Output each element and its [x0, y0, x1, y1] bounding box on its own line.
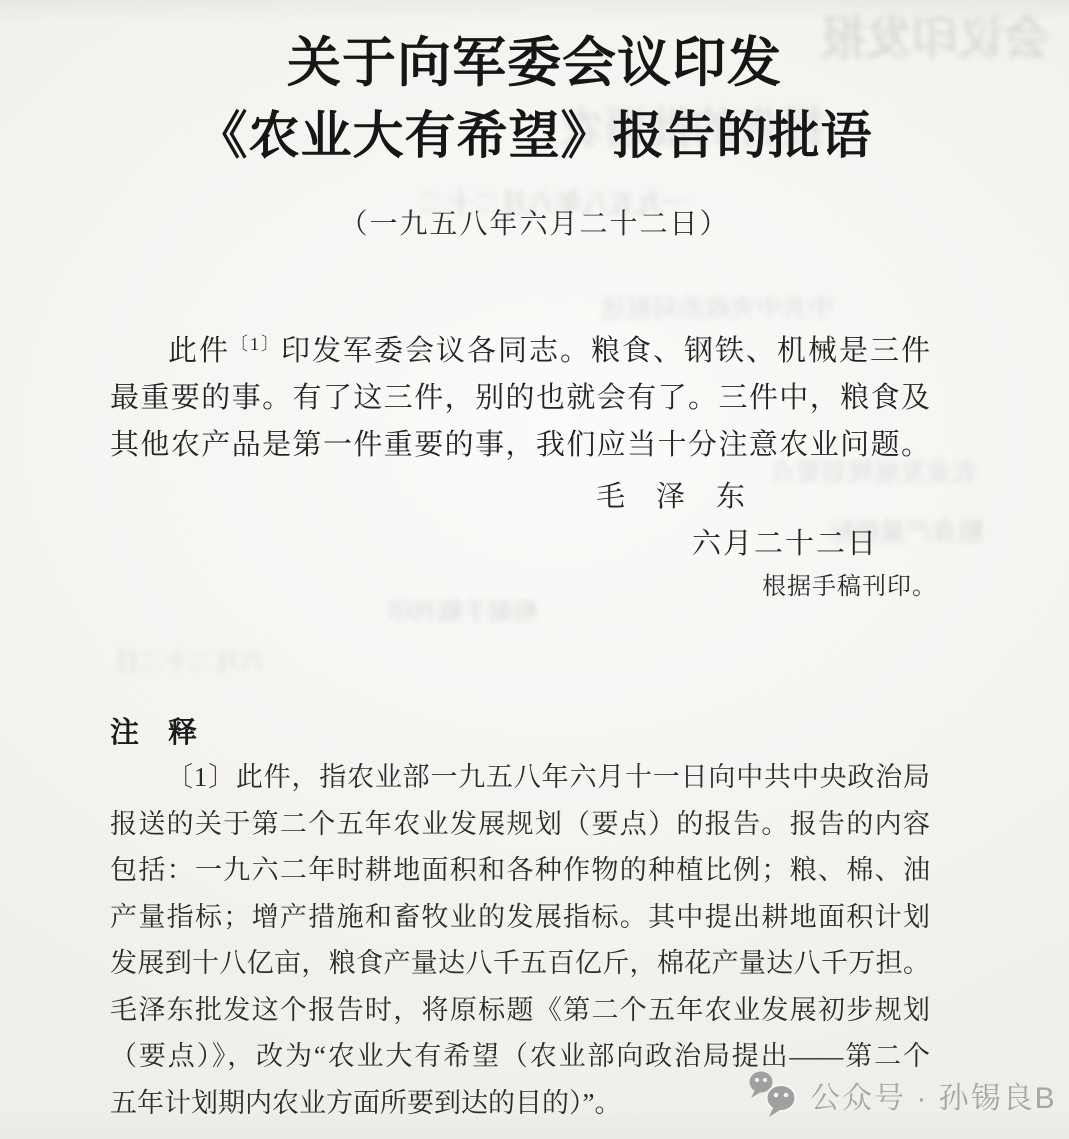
footnote-line-5: 发展到十八亿亩，粮食产量达八千五百亿斤，棉花产量达八千万担。	[110, 940, 930, 987]
bleedthrough-ghost: 根据手稿刊印	[388, 592, 538, 628]
footnote-line-3: 包括：一九六二年时耕地面积和各种作物的种植比例；粮、棉、油	[110, 847, 930, 894]
wechat-icon	[746, 1068, 800, 1122]
body-line-1-rest: 印发军委会议各同志。粮食、钢铁、机械是三件	[281, 335, 930, 367]
notes-heading: 注 释	[110, 710, 197, 751]
scanned-document-page: 会议印发报 报告的批语农 一九五八年六月二十二 中共中央政治局报送 农业发展规划…	[0, 0, 1069, 1139]
document-title-line-2: 《农业大有希望》报告的批语	[0, 94, 1069, 168]
body-line-3: 其他农产品是第一件重要的事，我们应当十分注意农业问题。	[110, 422, 930, 469]
watermark: 公众号 · 孙锡良B	[746, 1068, 1057, 1122]
watermark-text: 公众号 · 孙锡良B	[810, 1073, 1057, 1117]
footnote-marker-1: 〔1〕	[230, 334, 281, 354]
bleedthrough-ghost: 中共中央政治局报送	[600, 288, 834, 325]
body-line-1: 此件〔1〕印发军委会议各同志。粮食、钢铁、机械是三件	[110, 321, 930, 375]
signature-date: 六月二十二日	[692, 521, 878, 562]
footnote-line-6: 毛泽东批发这个报告时，将原标题《第二个五年农业发展初步规划	[110, 987, 930, 1034]
signature-name: 毛 泽 东	[596, 474, 746, 515]
bleedthrough-ghost: 六月二十二日	[115, 642, 265, 678]
document-title-line-1: 关于向军委会议印发	[0, 20, 1069, 97]
footnote-line-2: 报送的关于第二个五年农业发展规划（要点）的报告。报告的内容	[110, 801, 930, 848]
body-paragraph: 此件〔1〕印发军委会议各同志。粮食、钢铁、机械是三件 最重要的事。有了这三件，别…	[110, 321, 930, 469]
body-line-1-pre: 此件	[168, 335, 230, 367]
footnote-line-4: 产量指标；增产措施和畜牧业的发展指标。其中提出耕地面积计划	[110, 894, 930, 941]
body-line-2: 最重要的事。有了这三件，别的也就会有了。三件中，粮食及	[110, 375, 930, 422]
document-date: （一九五八年六月二十二日）	[0, 202, 1069, 242]
source-note: 根据手稿刊印。	[762, 566, 937, 601]
footnote-line-1: 〔1〕此件，指农业部一九五八年六月十一日向中共中央政治局	[110, 754, 930, 801]
